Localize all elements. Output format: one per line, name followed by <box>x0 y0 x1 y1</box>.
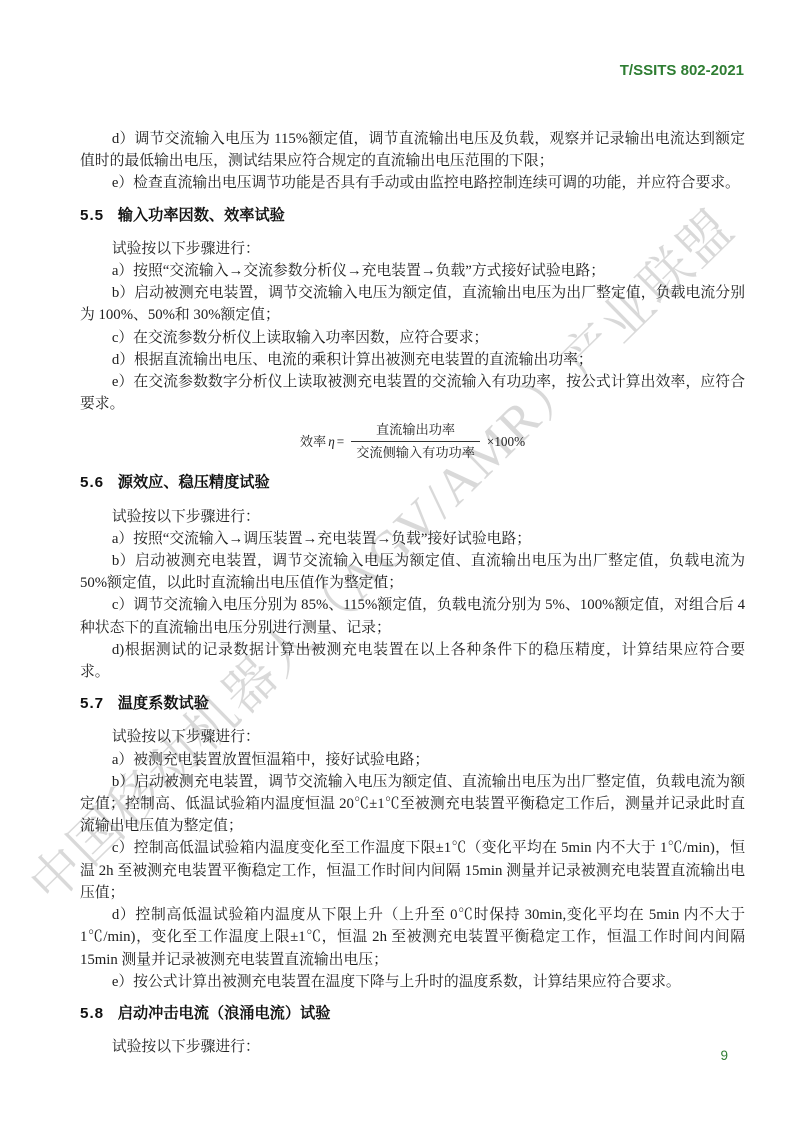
paragraph: e）检查直流输出电压调节功能是否具有手动或由监控电路控制连续可调的功能，并应符合… <box>80 172 745 194</box>
formula-denominator: 交流侧输入有功功率 <box>351 442 480 462</box>
paragraph: d）根据直流输出电压、电流的乘积计算出被测充电装置的直流输出功率； <box>80 349 745 371</box>
standard-code-header: T/SSITS 802-2021 <box>620 62 744 79</box>
formula-suffix: ×100% <box>487 433 525 451</box>
document-page: 中国移动机器人（AGV/AMR）产业联盟 T/SSITS 802-2021 d）… <box>0 0 800 1132</box>
paragraph: d)根据测试的记录数据计算出被测充电装置在以上各种条件下的稳压精度，计算结果应符… <box>80 639 745 683</box>
section-heading: 5.7温度系数试验 <box>80 693 745 715</box>
section-number: 5.7 <box>80 695 104 712</box>
paragraph: a）按照“交流输入→调压装置→充电装置→负载”接好试验电路； <box>80 528 745 550</box>
section-number: 5.5 <box>80 207 104 224</box>
formula-lhs: 效率η= <box>300 433 344 451</box>
section-heading: 5.8启动冲击电流（浪涌电流）试验 <box>80 1003 745 1025</box>
paragraph: e）在交流参数数字分析仪上读取被测充电装置的交流输入有功功率，按公式计算出效率，… <box>80 371 745 415</box>
paragraph: c）在交流参数分析仪上读取输入功率因数，应符合要求； <box>80 327 745 349</box>
paragraph: b）启动被测充电装置，调节交流输入电压为额定值、直流输出电压为出厂整定值，负载电… <box>80 771 745 838</box>
paragraph: a）按照“交流输入→交流参数分析仪→充电装置→负载”方式接好试验电路； <box>80 260 745 282</box>
document-content: d）调节交流输入电压为 115%额定值，调节直流输出电压及负载，观察并记录输出电… <box>80 128 745 1058</box>
formula-numerator: 直流输出功率 <box>351 421 480 442</box>
section-heading: 5.5输入功率因数、效率试验 <box>80 205 745 227</box>
paragraph: c）调节交流输入电压分别为 85%、115%额定值，负载电流分别为 5%、100… <box>80 594 745 638</box>
paragraph: e）按公式计算出被测充电装置在温度下降与上升时的温度系数，计算结果应符合要求。 <box>80 971 745 993</box>
paragraph: b）启动被测充电装置，调节交流输入电压为额定值、直流输出电压为出厂整定值，负载电… <box>80 550 745 594</box>
section-title: 输入功率因数、效率试验 <box>118 207 285 224</box>
paragraph: b）启动被测充电装置，调节交流输入电压为额定值，直流输出电压为出厂整定值，负载电… <box>80 282 745 326</box>
paragraph: a）被测充电装置放置恒温箱中，接好试验电路； <box>80 749 745 771</box>
section-title: 源效应、稳压精度试验 <box>118 474 270 491</box>
section-title: 启动冲击电流（浪涌电流）试验 <box>118 1005 331 1022</box>
paragraph: d）控制高低温试验箱内温度从下限上升（上升至 0℃时保持 30min,变化平均在… <box>80 904 745 971</box>
paragraph: c）控制高低温试验箱内温度变化至工作温度下限±1℃（变化平均在 5min 内不大… <box>80 837 745 904</box>
page-number: 9 <box>720 1048 728 1063</box>
paragraph: 试验按以下步骤进行： <box>80 506 745 528</box>
formula-fraction: 直流输出功率交流侧输入有功功率 <box>351 421 480 462</box>
section-title: 温度系数试验 <box>118 695 209 712</box>
paragraph: 试验按以下步骤进行： <box>80 238 745 260</box>
section-number: 5.8 <box>80 1005 104 1022</box>
efficiency-formula: 效率η=直流输出功率交流侧输入有功功率×100% <box>80 421 745 462</box>
section-heading: 5.6源效应、稳压精度试验 <box>80 472 745 494</box>
paragraph: 试验按以下步骤进行： <box>80 1036 745 1058</box>
paragraph: d）调节交流输入电压为 115%额定值，调节直流输出电压及负载，观察并记录输出电… <box>80 128 745 172</box>
formula-symbol-eta: η <box>328 434 335 449</box>
paragraph: 试验按以下步骤进行： <box>80 726 745 748</box>
section-number: 5.6 <box>80 474 104 491</box>
